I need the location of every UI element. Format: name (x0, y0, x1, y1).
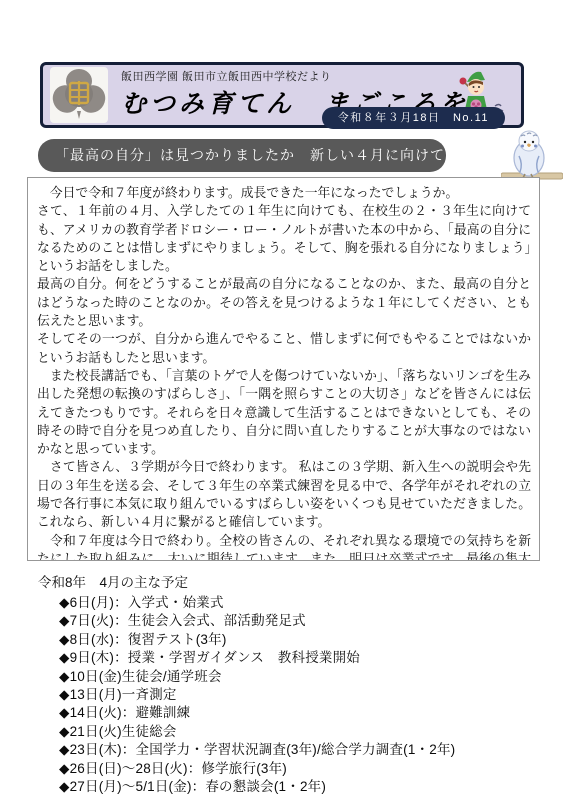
principal-message-box: 今日で令和７年度が終わります。成長できた一年になったでしょうか。さて、１年前の４… (27, 177, 540, 561)
schedule-item: ◆7日(火)：生徒会入会式、部活動発足式 (59, 612, 455, 630)
schedule-item: ◆21日(火)生徒総会 (59, 723, 455, 741)
school-name: 飯田西学園 飯田市立飯田西中学校だより (121, 68, 469, 84)
schedule-heading: 令和8年 4月の主な予定 (38, 571, 188, 591)
schedule-item: ◆27日(月)～5/1日(金)：春の懇談会(1・2年) (59, 778, 455, 796)
schedule-item: ◆14日(火)：避難訓練 (59, 704, 455, 722)
headline-banner: 「最高の自分」は見つかりましたか 新しい４月に向けて (38, 139, 446, 172)
newsletter-page: 飯田西学園 飯田市立飯田西中学校だより むつみ育てん まごころを (0, 0, 566, 800)
schedule-item: ◆26日(日)～28日(火)：修学旅行(3年) (59, 760, 455, 778)
schedule-list: ◆6日(月)：入学式・始業式◆7日(火)：生徒会入会式、部活動発足式◆8日(水)… (59, 594, 455, 796)
message-paragraph: 今日で令和７年度が終わります。成長できた一年になったでしょうか。 (37, 184, 531, 202)
message-paragraph: そしてその一つが、自分から進んでやること、惜しまずに何でもやることではないかとい… (37, 330, 531, 367)
message-paragraph: 令和７年度は今日で終わり。全校の皆さんの、それぞれ異なる環境での気持ちを新たにし… (37, 532, 531, 561)
schedule-item: ◆6日(月)：入学式・始業式 (59, 594, 455, 612)
issue-date-badge: 令和８年３月18日 No.11 (322, 107, 505, 129)
schedule-item: ◆13日(月)一斉測定 (59, 686, 455, 704)
masthead: 飯田西学園 飯田市立飯田西中学校だより むつみ育てん まごころを (40, 62, 524, 128)
schedule-item: ◆10日(金)生徒会/通学班会 (59, 668, 455, 686)
schedule-item: ◆8日(水)：復習テスト(3年) (59, 631, 455, 649)
message-paragraph: さて、１年前の４月、入学したての１年生に向けても、在校生の２・３年生に向けても、… (37, 202, 531, 275)
message-paragraph: また校長講話でも、「言葉のトゲで人を傷つけていないか」、「落ちないリンゴを生み出… (37, 367, 531, 458)
schedule-item: ◆23日(木)：全国学力・学習状況調査(3年)/総合学力調査(1・2年) (59, 741, 455, 759)
schedule-item: ◆9日(木)：授業・学習ガイダンス 教科授業開始 (59, 649, 455, 667)
message-paragraph: さて皆さん、３学期が今日で終わります。 私はこの３学期、新入生への説明会や先日の… (37, 458, 531, 531)
message-paragraphs: 今日で令和７年度が終わります。成長できた一年になったでしょうか。さて、１年前の４… (37, 184, 531, 561)
message-paragraph: 最高の自分。何をどうすることが最高の自分になることなのか、また、最高の自分とはど… (37, 275, 531, 330)
school-crest-icon (50, 67, 108, 123)
